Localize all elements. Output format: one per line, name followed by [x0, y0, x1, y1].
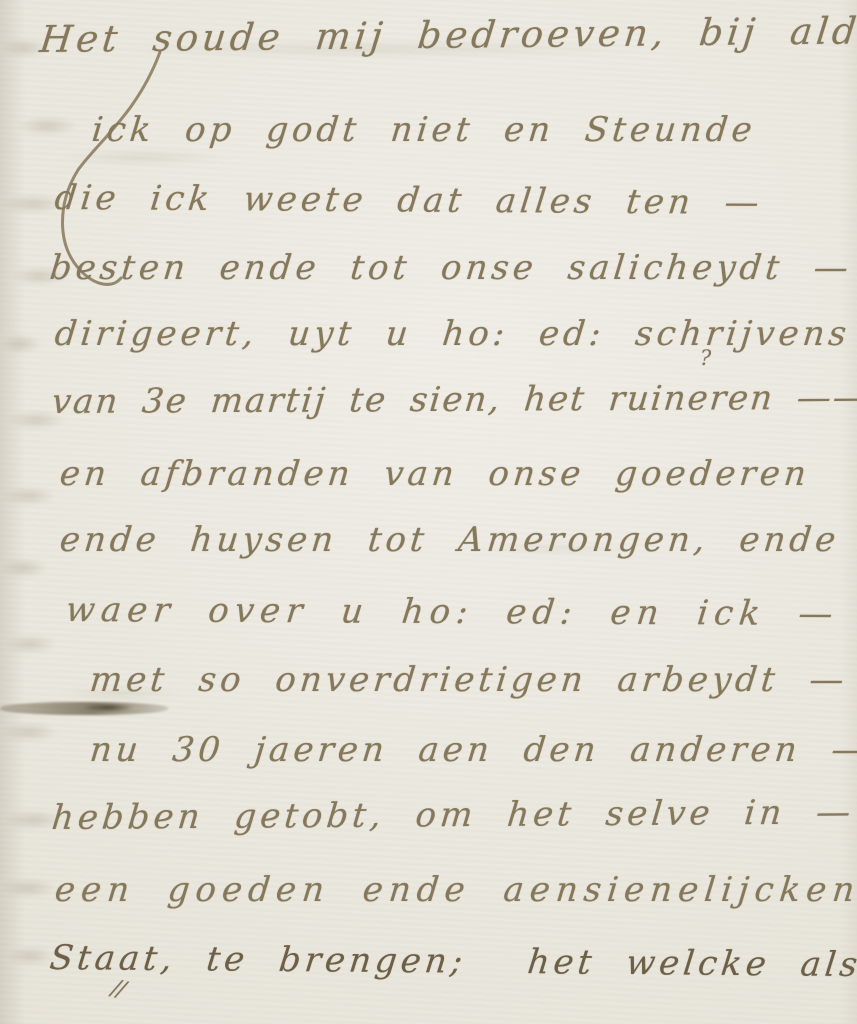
bleed-through-mark	[6, 946, 54, 966]
manuscript-line: besten ende tot onse salicheydt —	[48, 250, 854, 286]
manuscript-line: een goeden ende aensienelijcken —	[53, 872, 857, 908]
manuscript-line: van 3e martij te sien, het ruineren ——	[50, 380, 857, 420]
insertion-mark: //	[109, 975, 126, 1003]
manuscript-line: ende huysen tot Amerongen, ende	[58, 522, 841, 558]
manuscript-line: waer over u ho: ed: en ick —	[64, 592, 841, 632]
manuscript-line: dirigeert, uyt u ho: ed: schrijvens	[53, 316, 852, 352]
bleed-through-mark	[2, 486, 56, 506]
uncertainty-mark: ?	[700, 346, 711, 370]
bleed-through-mark	[0, 334, 42, 354]
manuscript-line: hebben getobt, om het selve in —	[50, 794, 856, 836]
bleed-through-mark	[0, 558, 48, 578]
manuscript-line: Staat, te brengen; het welcke als	[48, 940, 857, 983]
bleed-through-mark	[0, 878, 56, 898]
bleed-through-mark	[0, 722, 58, 742]
bleed-through-mark	[4, 634, 56, 654]
manuscript-line: nu 30 jaeren aen den anderen —	[88, 732, 857, 768]
manuscript-page: Het soude mij bedroeven, bij aldien ick …	[0, 0, 857, 1024]
manuscript-line: ick op godt niet en Steunde	[90, 112, 758, 148]
bleed-through-mark	[16, 116, 78, 136]
manuscript-line: en afbranden van onse goederen	[58, 456, 812, 492]
bleed-through-streak	[58, 150, 228, 165]
margin-ink-smear	[0, 702, 168, 715]
manuscript-line: die ick weete dat alles ten —	[53, 180, 765, 221]
manuscript-line: Het soude mij bedroeven, bij aldien	[38, 13, 857, 58]
manuscript-line: met so onverdrietigen arbeydt —	[88, 662, 849, 698]
